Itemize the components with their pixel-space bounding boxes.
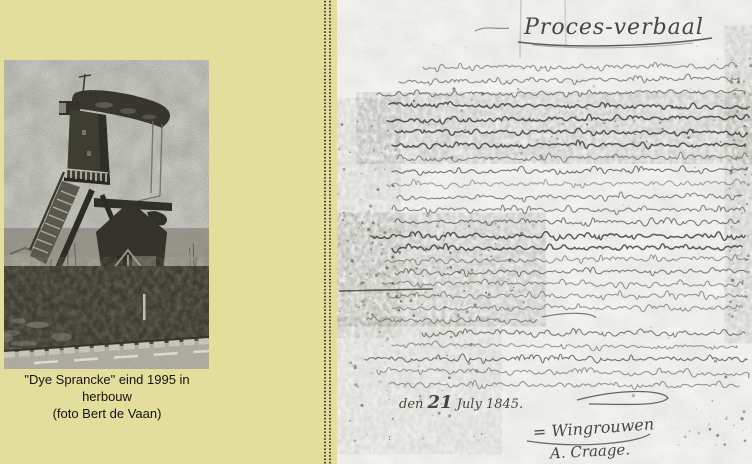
photo-caption-line1: "Dye Sprancke" eind 1995 in herbouw: [0, 371, 214, 405]
divider-dot-column-2: [329, 0, 331, 464]
divider-dot-column-1: [324, 0, 326, 464]
windmill-photo-art: [4, 60, 209, 369]
page: "Dye Sprancke" eind 1995 in herbouw (fot…: [0, 0, 752, 464]
scanned-document: Proces-verbaal den 21 July 1845. = Wingr…: [337, 0, 752, 464]
photo-caption-line2: (foto Bert de Vaan): [0, 405, 214, 422]
photo-caption: "Dye Sprancke" eind 1995 in herbouw (fot…: [0, 371, 214, 422]
windmill-photo: [4, 60, 209, 369]
proces-verbaal-scan: Proces-verbaal den 21 July 1845. = Wingr…: [337, 0, 752, 464]
